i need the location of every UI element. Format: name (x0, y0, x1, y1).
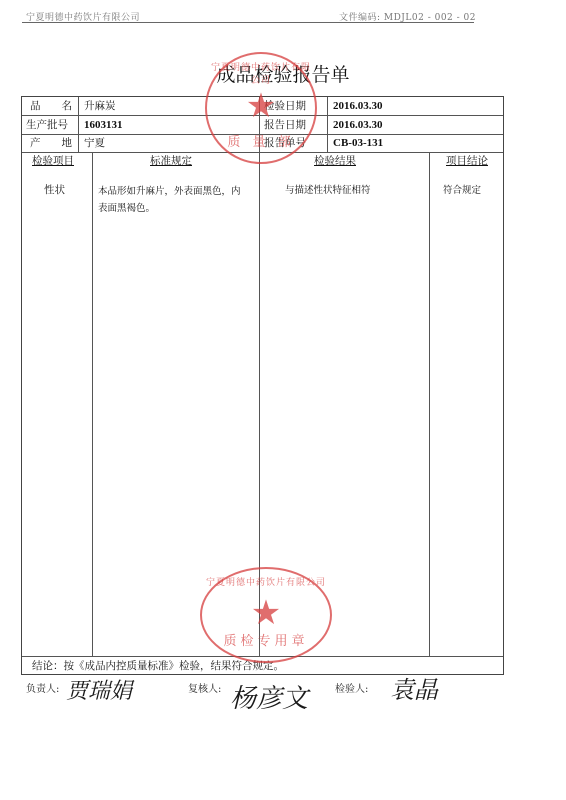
col-divider (92, 153, 93, 656)
header-divider (22, 22, 474, 23)
col-divider (429, 153, 430, 656)
responsible-signature: 贾瑞娟 (66, 674, 132, 705)
row-result: 与描述性状特征相符 (285, 182, 371, 200)
reviewer-signature: 杨彦文 (230, 678, 308, 715)
star-icon: ★ (251, 593, 281, 633)
row-conclusion: 符合规定 (443, 182, 481, 200)
inspector-label: 检验人: (335, 680, 368, 695)
col-header-item: 检验项目 (32, 152, 74, 170)
inspector-signature: 袁晶 (390, 670, 438, 705)
row-standard: 本品形如升麻片，外表面黑色，内表面黑褐色。 (98, 183, 248, 217)
stamp-bottom-text: 质 量 部 (207, 131, 315, 150)
col-header-standard: 标准规定 (150, 152, 192, 170)
batch-value: 1603131 (84, 116, 123, 134)
product-name-label: 品 名 (30, 97, 72, 115)
report-date-value: 2016.03.30 (333, 116, 383, 134)
stamp-ring-text: 宁夏明德中药饮片有限公司 (202, 575, 330, 588)
stamp-bottom-text: 质检专用章 (202, 630, 330, 649)
stamp-ring-text: 宁夏明德中药饮片有限公司 (207, 60, 315, 86)
report-no-value: CB-03-131 (333, 134, 383, 152)
row-item: 性状 (44, 181, 65, 199)
origin-value: 宁夏 (84, 134, 105, 152)
origin-label: 产 地 (30, 134, 72, 152)
responsible-label: 负责人: (26, 680, 59, 695)
qc-seal-stamp: 宁夏明德中药饮片有限公司 ★ 质检专用章 (200, 567, 332, 663)
batch-label: 生产批号 (26, 116, 68, 134)
col-divider (327, 97, 328, 153)
col-header-conclusion: 项目结论 (446, 152, 488, 170)
quality-dept-stamp: 宁夏明德中药饮片有限公司 ★ 质 量 部 (205, 52, 317, 164)
col-header-result: 检验结果 (314, 152, 356, 170)
star-icon: ★ (246, 86, 276, 126)
product-name-value: 升麻炭 (84, 97, 116, 115)
col-divider (78, 97, 79, 153)
inspect-date-value: 2016.03.30 (333, 97, 383, 115)
reviewer-label: 复核人: (188, 680, 221, 695)
